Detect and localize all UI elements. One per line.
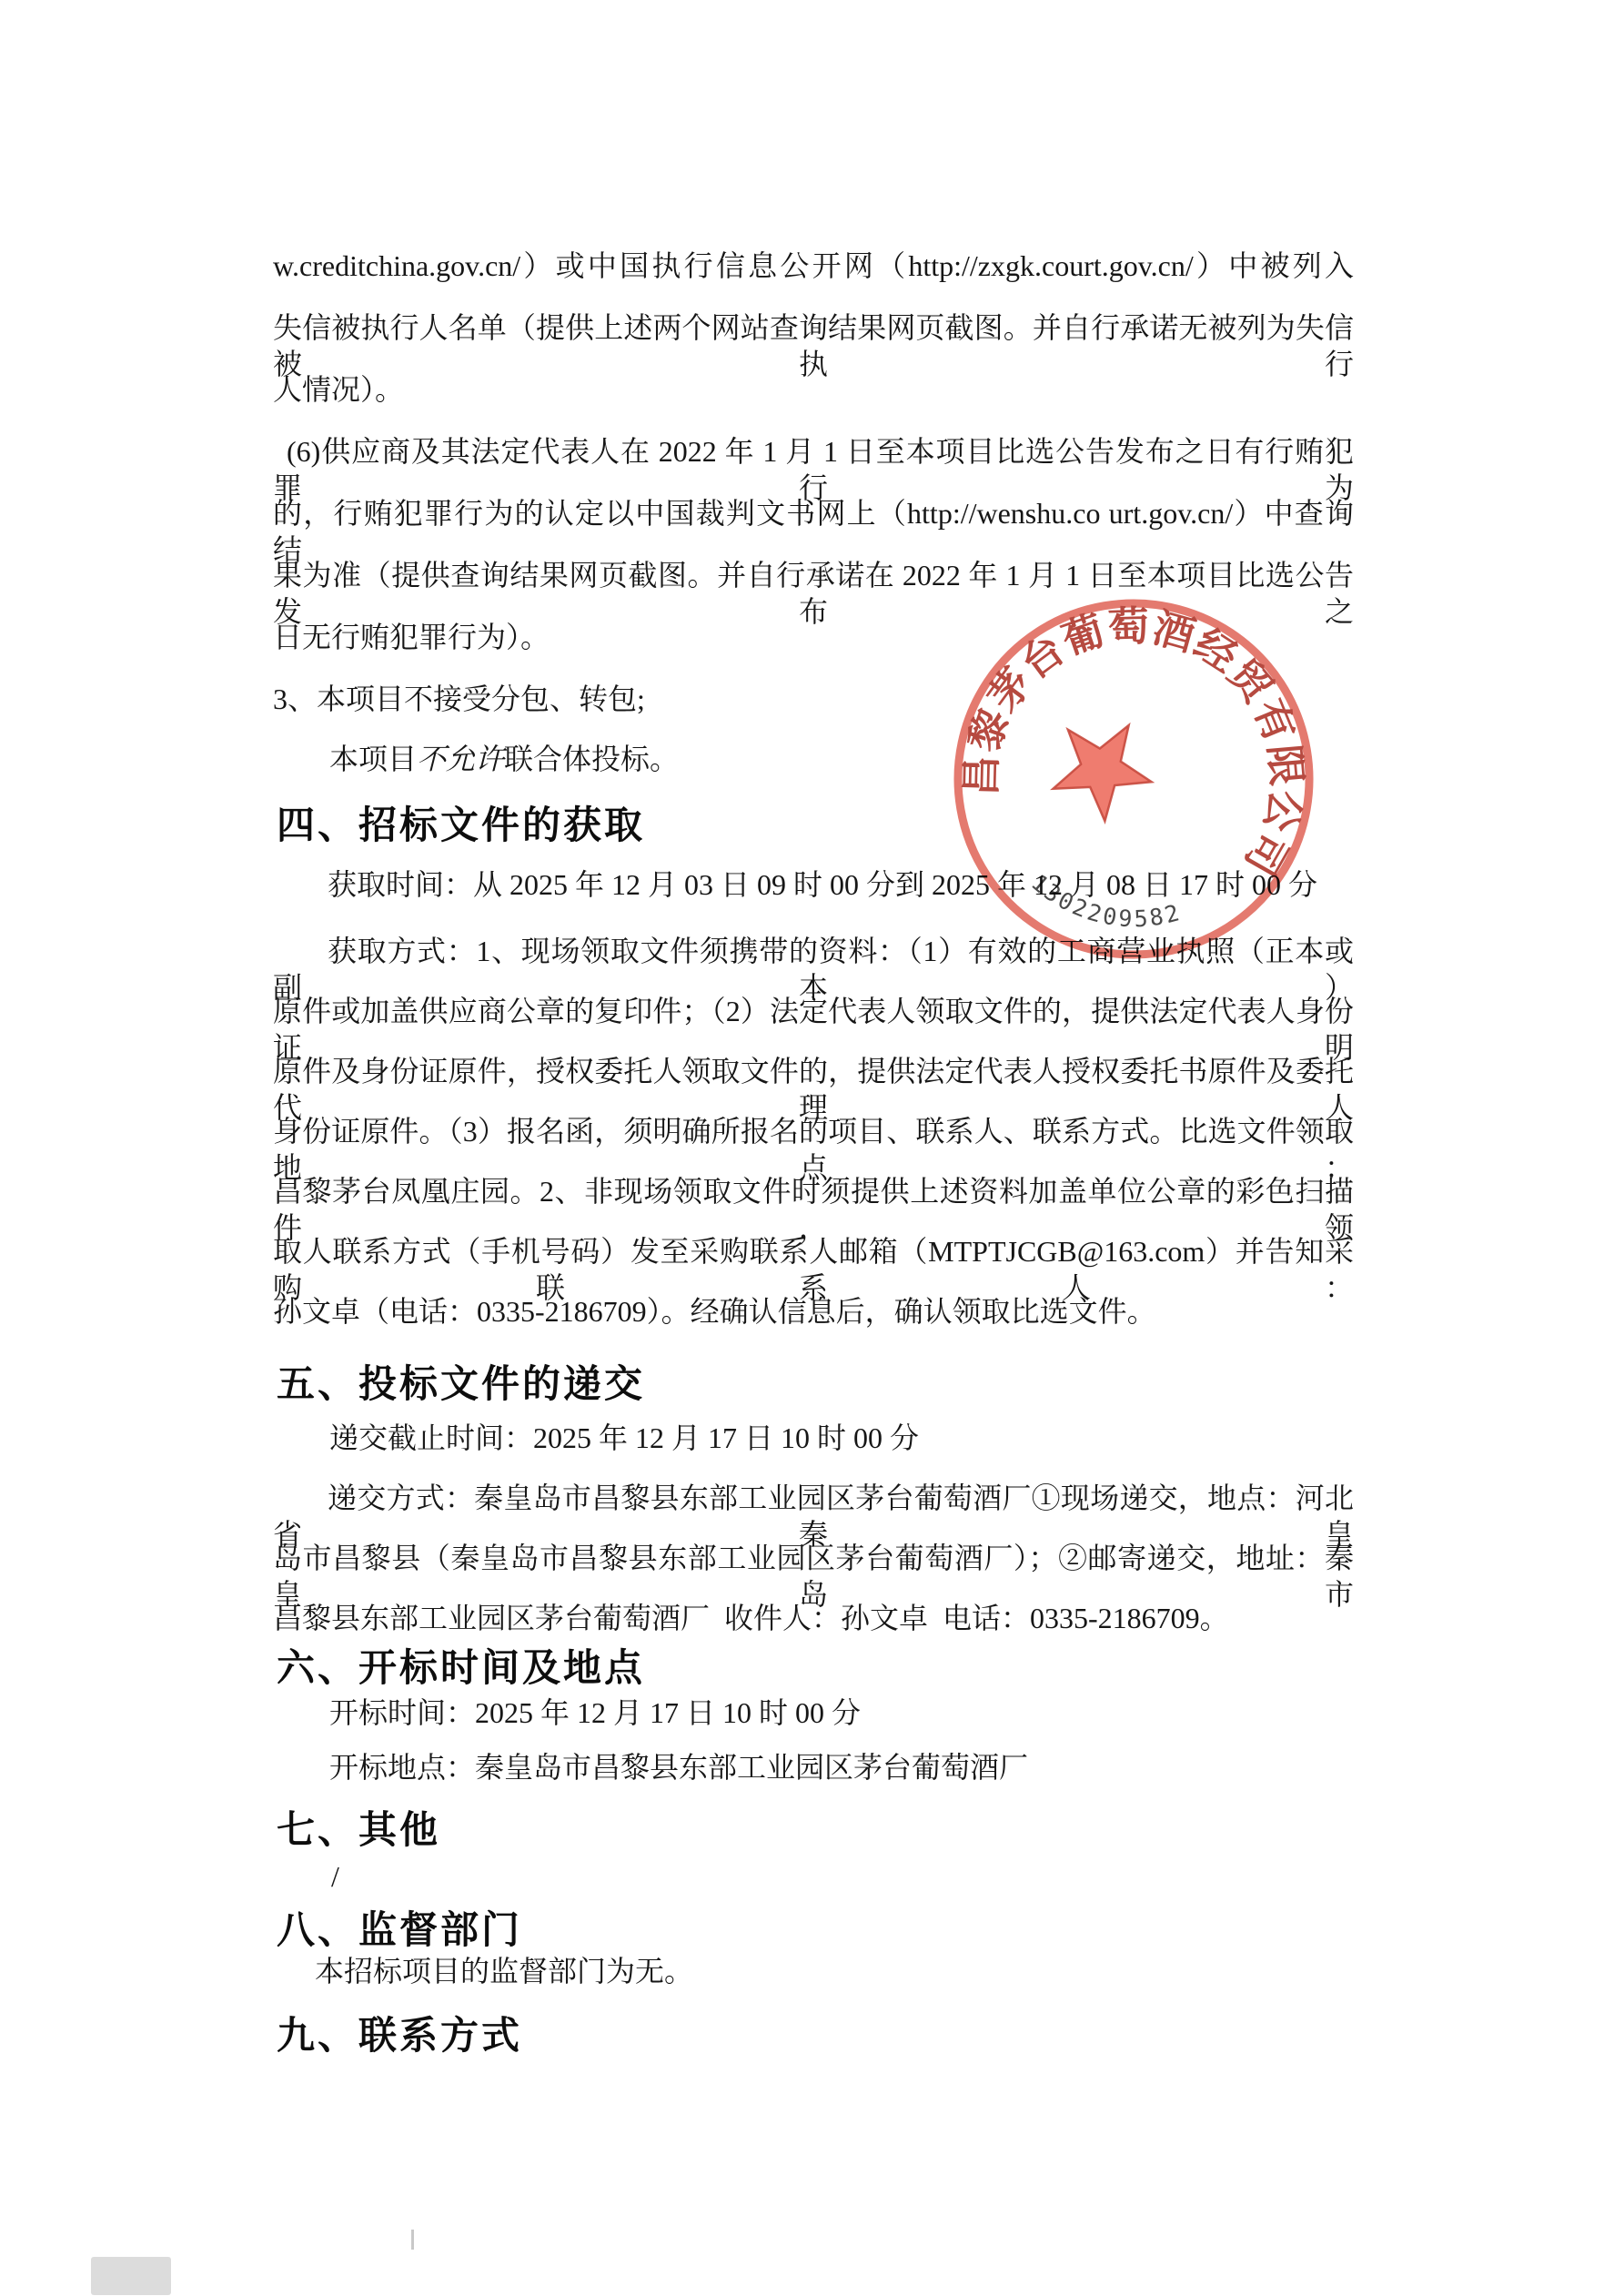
seal-star: [1049, 713, 1162, 829]
seal-star-outline: [1049, 713, 1162, 829]
acquire-method-line-7: 孙文卓（电话：0335-2186709）。经确认信息后，确认领取比选文件。: [273, 1293, 1354, 1330]
document-page: w.creditchina.gov.cn/）或中国执行信息公开网（http://…: [0, 0, 1624, 2296]
submit-deadline-line: 递交截止时间：2025 年 12 月 17 日 10 时 00 分: [329, 1420, 919, 1456]
item-no-subcontract: 3、本项目不接受分包、转包;: [273, 681, 645, 717]
scan-artifact-tick: [411, 2230, 414, 2250]
submit-method-line-3: 昌黎县东部工业园区茅台葡萄酒厂 收件人：孙文卓 电话：0335-2186709。: [273, 1600, 1354, 1636]
scan-artifact-corner: [91, 2257, 171, 2295]
consortium-italic: 不允许: [417, 743, 504, 775]
paragraph-credit-line-1: w.creditchina.gov.cn/）或中国执行信息公开网（http://…: [273, 248, 1354, 284]
heading-document-acquisition: 四、招标文件的获取: [277, 795, 645, 850]
heading-bid-opening: 六、开标时间及地点: [277, 1638, 645, 1693]
paragraph-credit-line-3: 人情况）。: [273, 371, 1354, 408]
heading-other: 七、其他: [277, 1800, 440, 1855]
paragraph-bribery-line-4: 日无行贿犯罪行为）。: [273, 619, 1354, 655]
consortium-prefix: 本项目: [329, 743, 417, 775]
acquire-time-line: 获取时间：从 2025 年 12 月 03 日 09 时 00 分到 2025 …: [328, 866, 1317, 903]
heading-bid-submission: 五、投标文件的递交: [277, 1354, 645, 1409]
item-no-consortium: 本项目不允许联合体投标。: [329, 741, 679, 777]
open-time-line: 开标时间：2025 年 12 月 17 日 10 时 00 分: [329, 1694, 861, 1731]
consortium-suffix: 联合体投标。: [504, 743, 679, 775]
other-value-line: /: [331, 1858, 339, 1895]
heading-contact: 九、联系方式: [277, 2006, 522, 2060]
supervision-line: 本招标项目的监督部门为无。: [315, 1953, 693, 1989]
heading-supervision: 八、监督部门: [277, 1900, 522, 1955]
open-place-line: 开标地点：秦皇岛市昌黎县东部工业园区茅台葡萄酒厂: [329, 1749, 1028, 1785]
